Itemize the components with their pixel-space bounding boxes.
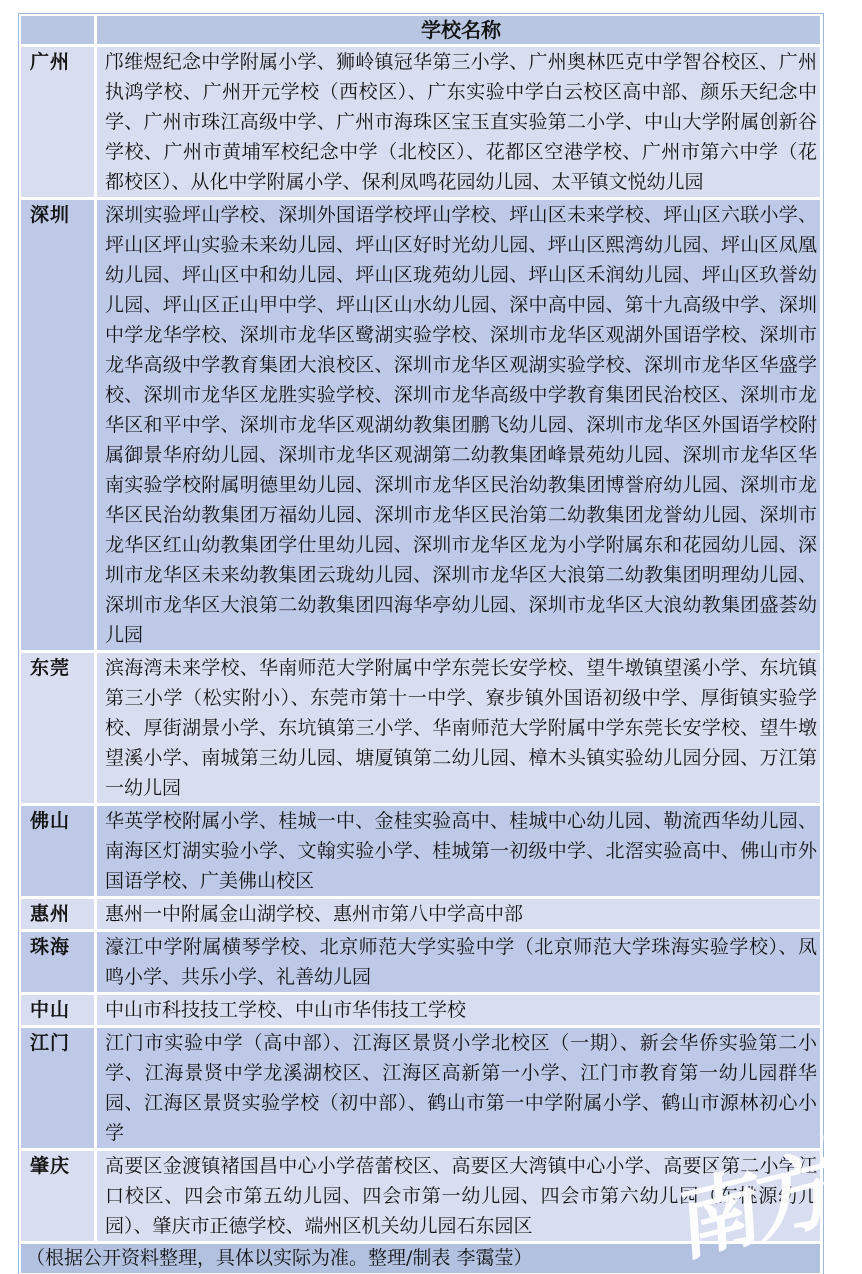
table-header-title: 学校名称 bbox=[97, 16, 820, 44]
city-cell: 珠海 bbox=[21, 932, 97, 992]
city-cell: 东莞 bbox=[21, 653, 97, 803]
city-cell: 广州 bbox=[21, 47, 97, 197]
school-table: 学校名称 广州邝维煜纪念中学附属小学、狮岭镇冠华第三小学、广州奥林匹克中学智谷校… bbox=[18, 13, 824, 1274]
schools-cell: 滨海湾未来学校、华南师范大学附属中学东莞长安学校、望牛墩镇望溪小学、东坑镇第三小… bbox=[97, 653, 820, 803]
schools-cell: 邝维煜纪念中学附属小学、狮岭镇冠华第三小学、广州奥林匹克中学智谷校区、广州执鸿学… bbox=[97, 47, 820, 197]
table-row: 中山中山市科技技工学校、中山市华伟技工学校 bbox=[21, 995, 820, 1028]
table-row: 广州邝维煜纪念中学附属小学、狮岭镇冠华第三小学、广州奥林匹克中学智谷校区、广州执… bbox=[21, 47, 820, 200]
city-cell: 肇庆 bbox=[21, 1151, 97, 1241]
table-row: 深圳深圳实验坪山学校、深圳外国语学校坪山学校、坪山区未来学校、坪山区六联小学、坪… bbox=[21, 200, 820, 653]
table-body: 广州邝维煜纪念中学附属小学、狮岭镇冠华第三小学、广州奥林匹克中学智谷校区、广州执… bbox=[21, 47, 820, 1244]
city-cell: 江门 bbox=[21, 1028, 97, 1148]
schools-cell: 江门市实验中学（高中部）、江海区景贤小学北校区（一期）、新会华侨实验第二小学、江… bbox=[97, 1028, 820, 1148]
schools-cell: 深圳实验坪山学校、深圳外国语学校坪山学校、坪山区未来学校、坪山区六联小学、坪山区… bbox=[97, 200, 820, 650]
city-cell: 中山 bbox=[21, 995, 97, 1025]
table-row: 佛山华英学校附属小学、桂城一中、金桂实验高中、桂城中心幼儿园、勒流西华幼儿园、南… bbox=[21, 806, 820, 899]
table-row: 珠海濠江中学附属横琴学校、北京师范大学实验中学（北京师范大学珠海实验学校）、凤鸣… bbox=[21, 932, 820, 995]
schools-cell: 华英学校附属小学、桂城一中、金桂实验高中、桂城中心幼儿园、勒流西华幼儿园、南海区… bbox=[97, 806, 820, 896]
table-row: 东莞滨海湾未来学校、华南师范大学附属中学东莞长安学校、望牛墩镇望溪小学、东坑镇第… bbox=[21, 653, 820, 806]
page: 学校名称 广州邝维煜纪念中学附属小学、狮岭镇冠华第三小学、广州奥林匹克中学智谷校… bbox=[0, 0, 862, 1274]
table-header-row: 学校名称 bbox=[21, 16, 820, 47]
footer-note: （根据公开资料整理，具体以实际为准。整理/制表 李霭莹） bbox=[26, 1247, 532, 1269]
table-row: 肇庆高要区金渡镇褚国昌中心小学蓓蕾校区、高要区大湾镇中心小学、高要区第二小学江口… bbox=[21, 1151, 820, 1244]
table-row: 江门江门市实验中学（高中部）、江海区景贤小学北校区（一期）、新会华侨实验第二小学… bbox=[21, 1028, 820, 1151]
schools-cell: 中山市科技技工学校、中山市华伟技工学校 bbox=[97, 995, 820, 1025]
schools-cell: 惠州一中附属金山湖学校、惠州市第八中学高中部 bbox=[97, 899, 820, 929]
city-cell: 佛山 bbox=[21, 806, 97, 896]
table-footer-row: （根据公开资料整理，具体以实际为准。整理/制表 李霭莹） bbox=[21, 1244, 820, 1273]
schools-cell: 濠江中学附属横琴学校、北京师范大学实验中学（北京师范大学珠海实验学校）、凤鸣小学… bbox=[97, 932, 820, 992]
city-cell: 深圳 bbox=[21, 200, 97, 650]
header-city-cell bbox=[21, 16, 97, 44]
schools-cell: 高要区金渡镇褚国昌中心小学蓓蕾校区、高要区大湾镇中心小学、高要区第二小学江口校区… bbox=[97, 1151, 820, 1241]
city-cell: 惠州 bbox=[21, 899, 97, 929]
table-row: 惠州惠州一中附属金山湖学校、惠州市第八中学高中部 bbox=[21, 899, 820, 932]
